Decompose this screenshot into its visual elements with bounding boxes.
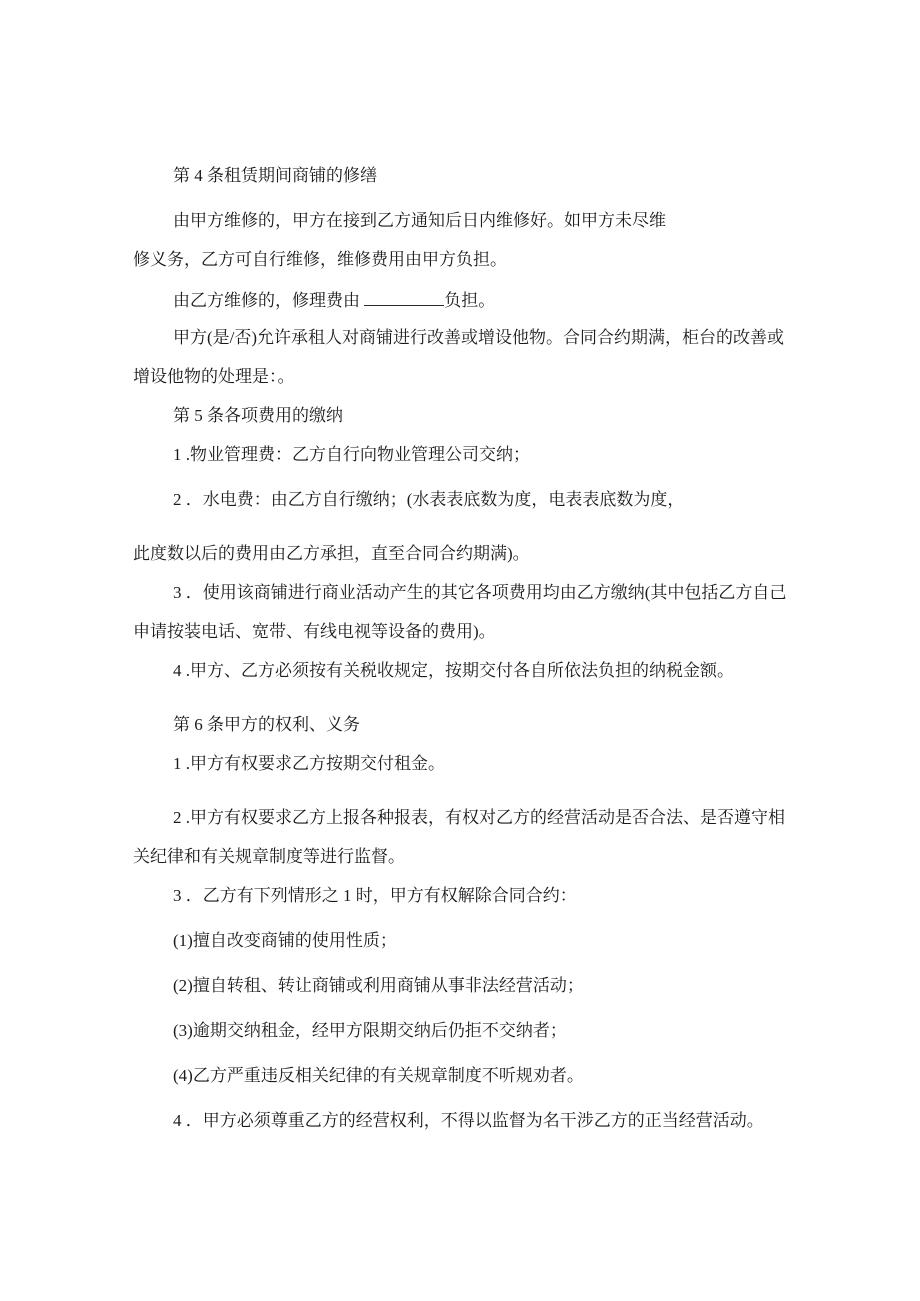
line-text: 此度数以后的费用由乙方承担，直至合同合约期满)。 (133, 544, 530, 563)
line-text: 4 .甲方、乙方必须按有关税收规定，按期交付各自所依法负担的纳税金额。 (173, 661, 734, 680)
document-line: (1)擅自改变商铺的使用性质； (133, 929, 810, 953)
clause-heading: 第 4 条租赁期间商铺的修缮 (133, 164, 810, 188)
line-text: 由乙方维修的，修理费由 (173, 291, 364, 310)
line-text: 申请按装电话、宽带、有线电视等设备的费用)。 (133, 622, 496, 641)
document-line: 甲方(是/否)允许承租人对商铺进行改善或增设他物。合同合约期满，柜台的改善或 (133, 326, 810, 350)
document-line: 增设他物的处理是：。 (133, 365, 810, 389)
line-text: 增设他物的处理是：。 (133, 367, 295, 386)
line-text: 由甲方维修的，甲方在接到乙方通知后日内维修好。如甲方未尽维 (173, 211, 666, 230)
document-content: 第 4 条租赁期间商铺的修缮由甲方维修的，甲方在接到乙方通知后日内维修好。如甲方… (0, 0, 920, 1133)
line-text: 负担。 (444, 291, 495, 310)
document-line: 申请按装电话、宽带、有线电视等设备的费用)。 (133, 620, 810, 644)
line-text: 2 .甲方有权要求乙方上报各种报表，有权对乙方的经营活动是否合法、是否遵守相 (173, 808, 785, 827)
document-line: 2 ．水电费：由乙方自行缴纳；(水表表底数为度，电表表底数为度， (133, 488, 810, 512)
line-text: 1 .物业管理费：乙方自行向物业管理公司交纳； (173, 445, 530, 464)
document-line: (3)逾期交纳租金，经甲方限期交纳后仍拒不交纳者； (133, 1019, 810, 1043)
line-text: 3 ．使用该商铺进行商业活动产生的其它各项费用均由乙方缴纳(其中包括乙方自己 (173, 583, 786, 602)
line-text: 第 6 条甲方的权利、义务 (173, 715, 360, 734)
document-line: 此度数以后的费用由乙方承担，直至合同合约期满)。 (133, 542, 810, 566)
line-text: 4 ．甲方必须尊重乙方的经营权利，不得以监督为名干涉乙方的正当经营活动。 (173, 1111, 764, 1130)
document-line: 1 .物业管理费：乙方自行向物业管理公司交纳； (133, 443, 810, 467)
clause-heading: 第 5 条各项费用的缴纳 (133, 404, 810, 428)
line-text: 1 .甲方有权要求乙方按期交付租金。 (173, 754, 445, 773)
line-text: 2 ．水电费：由乙方自行缴纳；(水表表底数为度，电表表底数为度， (173, 490, 684, 509)
document-line: 修义务，乙方可自行维修，维修费用由甲方负担。 (133, 248, 810, 272)
fill-in-blank-underline (364, 287, 444, 306)
document-line: 关纪律和有关规章制度等进行监督。 (133, 845, 810, 869)
document-line: (4)乙方严重违反相关纪律的有关规章制度不听规劝者。 (133, 1064, 810, 1088)
clause-heading: 第 6 条甲方的权利、义务 (133, 713, 810, 737)
document-line: 4 .甲方、乙方必须按有关税收规定，按期交付各自所依法负担的纳税金额。 (133, 659, 810, 683)
line-text: (1)擅自改变商铺的使用性质； (173, 931, 397, 950)
line-text: 第 4 条租赁期间商铺的修缮 (173, 166, 377, 185)
line-text: (2)擅自转租、转让商铺或利用商铺从事非法经营活动； (173, 976, 584, 995)
line-text: 甲方(是/否)允许承租人对商铺进行改善或增设他物。合同合约期满，柜台的改善或 (173, 328, 784, 347)
line-text: (4)乙方严重违反相关纪律的有关规章制度不听规劝者。 (173, 1066, 584, 1085)
document-line: 4 ．甲方必须尊重乙方的经营权利，不得以监督为名干涉乙方的正当经营活动。 (133, 1109, 810, 1133)
document-line: 3 ．乙方有下列情形之 1 时，甲方有权解除合同合约： (133, 884, 810, 908)
line-text: 3 ．乙方有下列情形之 1 时，甲方有权解除合同合约： (173, 886, 577, 905)
document-line: (2)擅自转租、转让商铺或利用商铺从事非法经营活动； (133, 974, 810, 998)
line-text: 关纪律和有关规章制度等进行监督。 (133, 847, 405, 866)
document-line: 3 ．使用该商铺进行商业活动产生的其它各项费用均由乙方缴纳(其中包括乙方自己 (133, 581, 810, 605)
document-line: 1 .甲方有权要求乙方按期交付租金。 (133, 752, 810, 776)
line-text: 第 5 条各项费用的缴纳 (173, 406, 343, 425)
contract-document-page: 第 4 条租赁期间商铺的修缮由甲方维修的，甲方在接到乙方通知后日内维修好。如甲方… (0, 0, 920, 1301)
document-line: 2 .甲方有权要求乙方上报各种报表，有权对乙方的经营活动是否合法、是否遵守相 (133, 806, 810, 830)
document-line: 由乙方维修的，修理费由 负担。 (133, 287, 810, 311)
line-text: (3)逾期交纳租金，经甲方限期交纳后仍拒不交纳者； (173, 1021, 567, 1040)
document-line: 由甲方维修的，甲方在接到乙方通知后日内维修好。如甲方未尽维 (133, 209, 810, 233)
line-text: 修义务，乙方可自行维修，维修费用由甲方负担。 (133, 250, 507, 269)
